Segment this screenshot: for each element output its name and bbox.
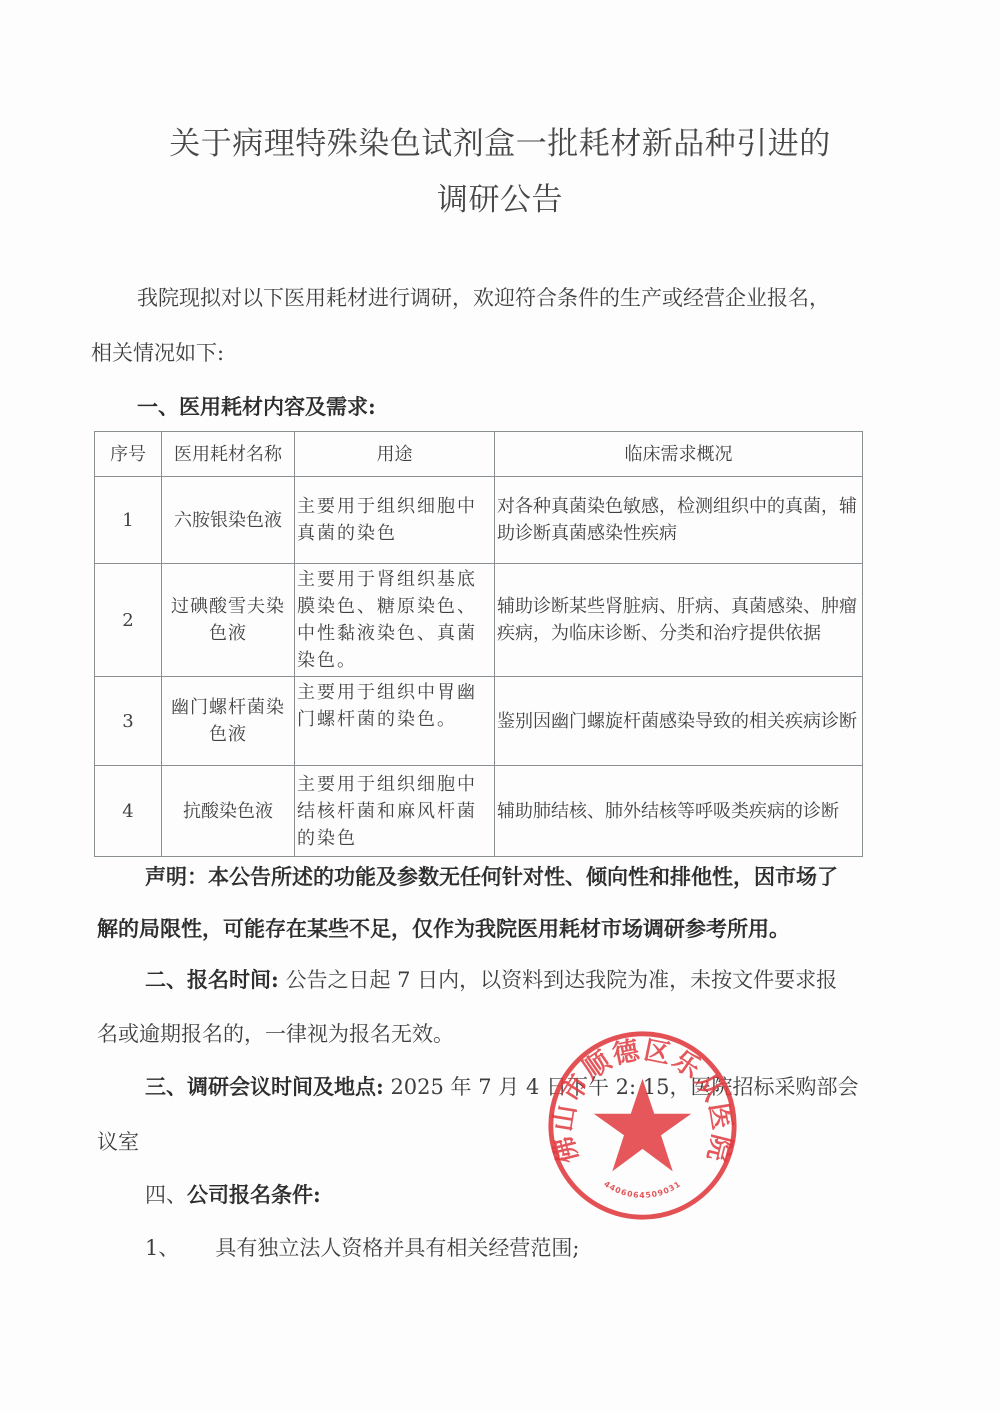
cell-serial-no: 3 — [95, 677, 162, 766]
table-row: 4 抗酸染色液 主要用于组织细胞中结核杆菌和麻风杆菌的染色 辅助肺结核、肺外结核… — [95, 766, 863, 857]
cell-clinical-need: 鉴别因幽门螺旋杆菌感染导致的相关疾病诊断 — [495, 677, 863, 766]
seal-star-icon — [594, 1079, 692, 1172]
cell-clinical-need: 辅助诊断某些肾脏病、肝病、真菌感染、肿瘤疾病，为临床诊断、分类和治疗提供依据 — [495, 564, 863, 677]
table-row: 2 过碘酸雪夫染色液 主要用于肾组织基底膜染色、糖原染色、中性黏液染色、真菌染色… — [95, 564, 863, 677]
cell-use: 主要用于组织细胞中结核杆菌和麻风杆菌的染色 — [295, 766, 495, 857]
section-3-line-1: 三、调研会议时间及地点: 2025 年 7 月 4 日下午 2: 15，医院招标… — [145, 1076, 859, 1098]
cell-use: 主要用于组织细胞中真菌的染色 — [295, 477, 495, 564]
cell-use: 主要用于组织中胃幽门螺杆菌的染色。 — [295, 677, 495, 766]
cell-serial-no: 4 — [95, 766, 162, 857]
header-use: 用途 — [295, 432, 495, 477]
cell-clinical-need: 对各种真菌染色敏感，检测组织中的真菌，辅助诊断真菌感染性疾病 — [495, 477, 863, 564]
cell-consumable-name: 抗酸染色液 — [162, 766, 295, 857]
condition-1-text: 具有独立法人资格并具有相关经营范围; — [215, 1236, 579, 1260]
cell-serial-no: 1 — [95, 477, 162, 564]
section-2-text: 公告之日起 7 日内，以资料到达我院为准，未按文件要求报 — [279, 968, 837, 992]
condition-1: 1、具有独立法人资格并具有相关经营范围; — [145, 1238, 579, 1259]
svg-text:4406064509031: 4406064509031 — [602, 1179, 683, 1200]
section-2-line-1: 二、报名时间: 公告之日起 7 日内，以资料到达我院为准，未按文件要求报 — [145, 969, 837, 991]
cell-consumable-name: 幽门螺杆菌染色液 — [162, 677, 295, 766]
section-2-line-2: 名或逾期报名的，一律视为报名无效。 — [97, 1024, 454, 1045]
section-1-heading: 一、医用耗材内容及需求: — [137, 396, 376, 417]
table-row: 1 六胺银染色液 主要用于组织细胞中真菌的染色 对各种真菌染色敏感，检测组织中的… — [95, 477, 863, 564]
official-seal-stamp-icon: 佛山市顺德区乐从医院 4406064509031 — [545, 1028, 740, 1223]
statement-line-2: 解的局限性，可能存在某些不足，仅作为我院医用耗材市场调研参考所用。 — [97, 918, 790, 939]
cell-consumable-name: 过碘酸雪夫染色液 — [162, 564, 295, 677]
table-row: 3 幽门螺杆菌染色液 主要用于组织中胃幽门螺杆菌的染色。 鉴别因幽门螺旋杆菌感染… — [95, 677, 863, 766]
intro-paragraph-line-1: 我院现拟对以下医用耗材进行调研，欢迎符合条件的生产或经营企业报名， — [137, 288, 830, 309]
document-page: 关于病理特殊染色试剂盒一批耗材新品种引进的 调研公告 我院现拟对以下医用耗材进行… — [0, 0, 1000, 1412]
document-title-line-1: 关于病理特殊染色试剂盒一批耗材新品种引进的 — [0, 118, 1000, 163]
document-title-line-2: 调研公告 — [0, 174, 1000, 219]
header-clinical-need: 临床需求概况 — [495, 432, 863, 477]
section-2-label: 二、报名时间: — [145, 967, 279, 992]
seal-code: 4406064509031 — [602, 1179, 683, 1200]
condition-1-number: 1、 — [145, 1236, 179, 1260]
cell-consumable-name: 六胺银染色液 — [162, 477, 295, 564]
section-3-line-2: 议室 — [97, 1132, 139, 1153]
statement-line-1: 声明：本公告所述的功能及参数无任何针对性、倾向性和排他性，因市场了 — [145, 866, 838, 887]
consumables-requirements-table: 序号 医用耗材名称 用途 临床需求概况 1 六胺银染色液 主要用于组织细胞中真菌… — [94, 431, 863, 857]
cell-clinical-need: 辅助肺结核、肺外结核等呼吸类疾病的诊断 — [495, 766, 863, 857]
intro-paragraph-line-2: 相关情况如下: — [91, 343, 224, 364]
header-consumable-name: 医用耗材名称 — [162, 432, 295, 477]
section-4-heading: 四、公司报名条件: — [145, 1184, 321, 1206]
section-4-label: 公司报名条件: — [187, 1182, 321, 1207]
section-3-label: 三、调研会议时间及地点: — [145, 1074, 384, 1099]
cell-serial-no: 2 — [95, 564, 162, 677]
section-4-prefix: 四、 — [145, 1183, 187, 1207]
header-serial-no: 序号 — [95, 432, 162, 477]
table-header-row: 序号 医用耗材名称 用途 临床需求概况 — [95, 432, 863, 477]
cell-use: 主要用于肾组织基底膜染色、糖原染色、中性黏液染色、真菌染色。 — [295, 564, 495, 677]
